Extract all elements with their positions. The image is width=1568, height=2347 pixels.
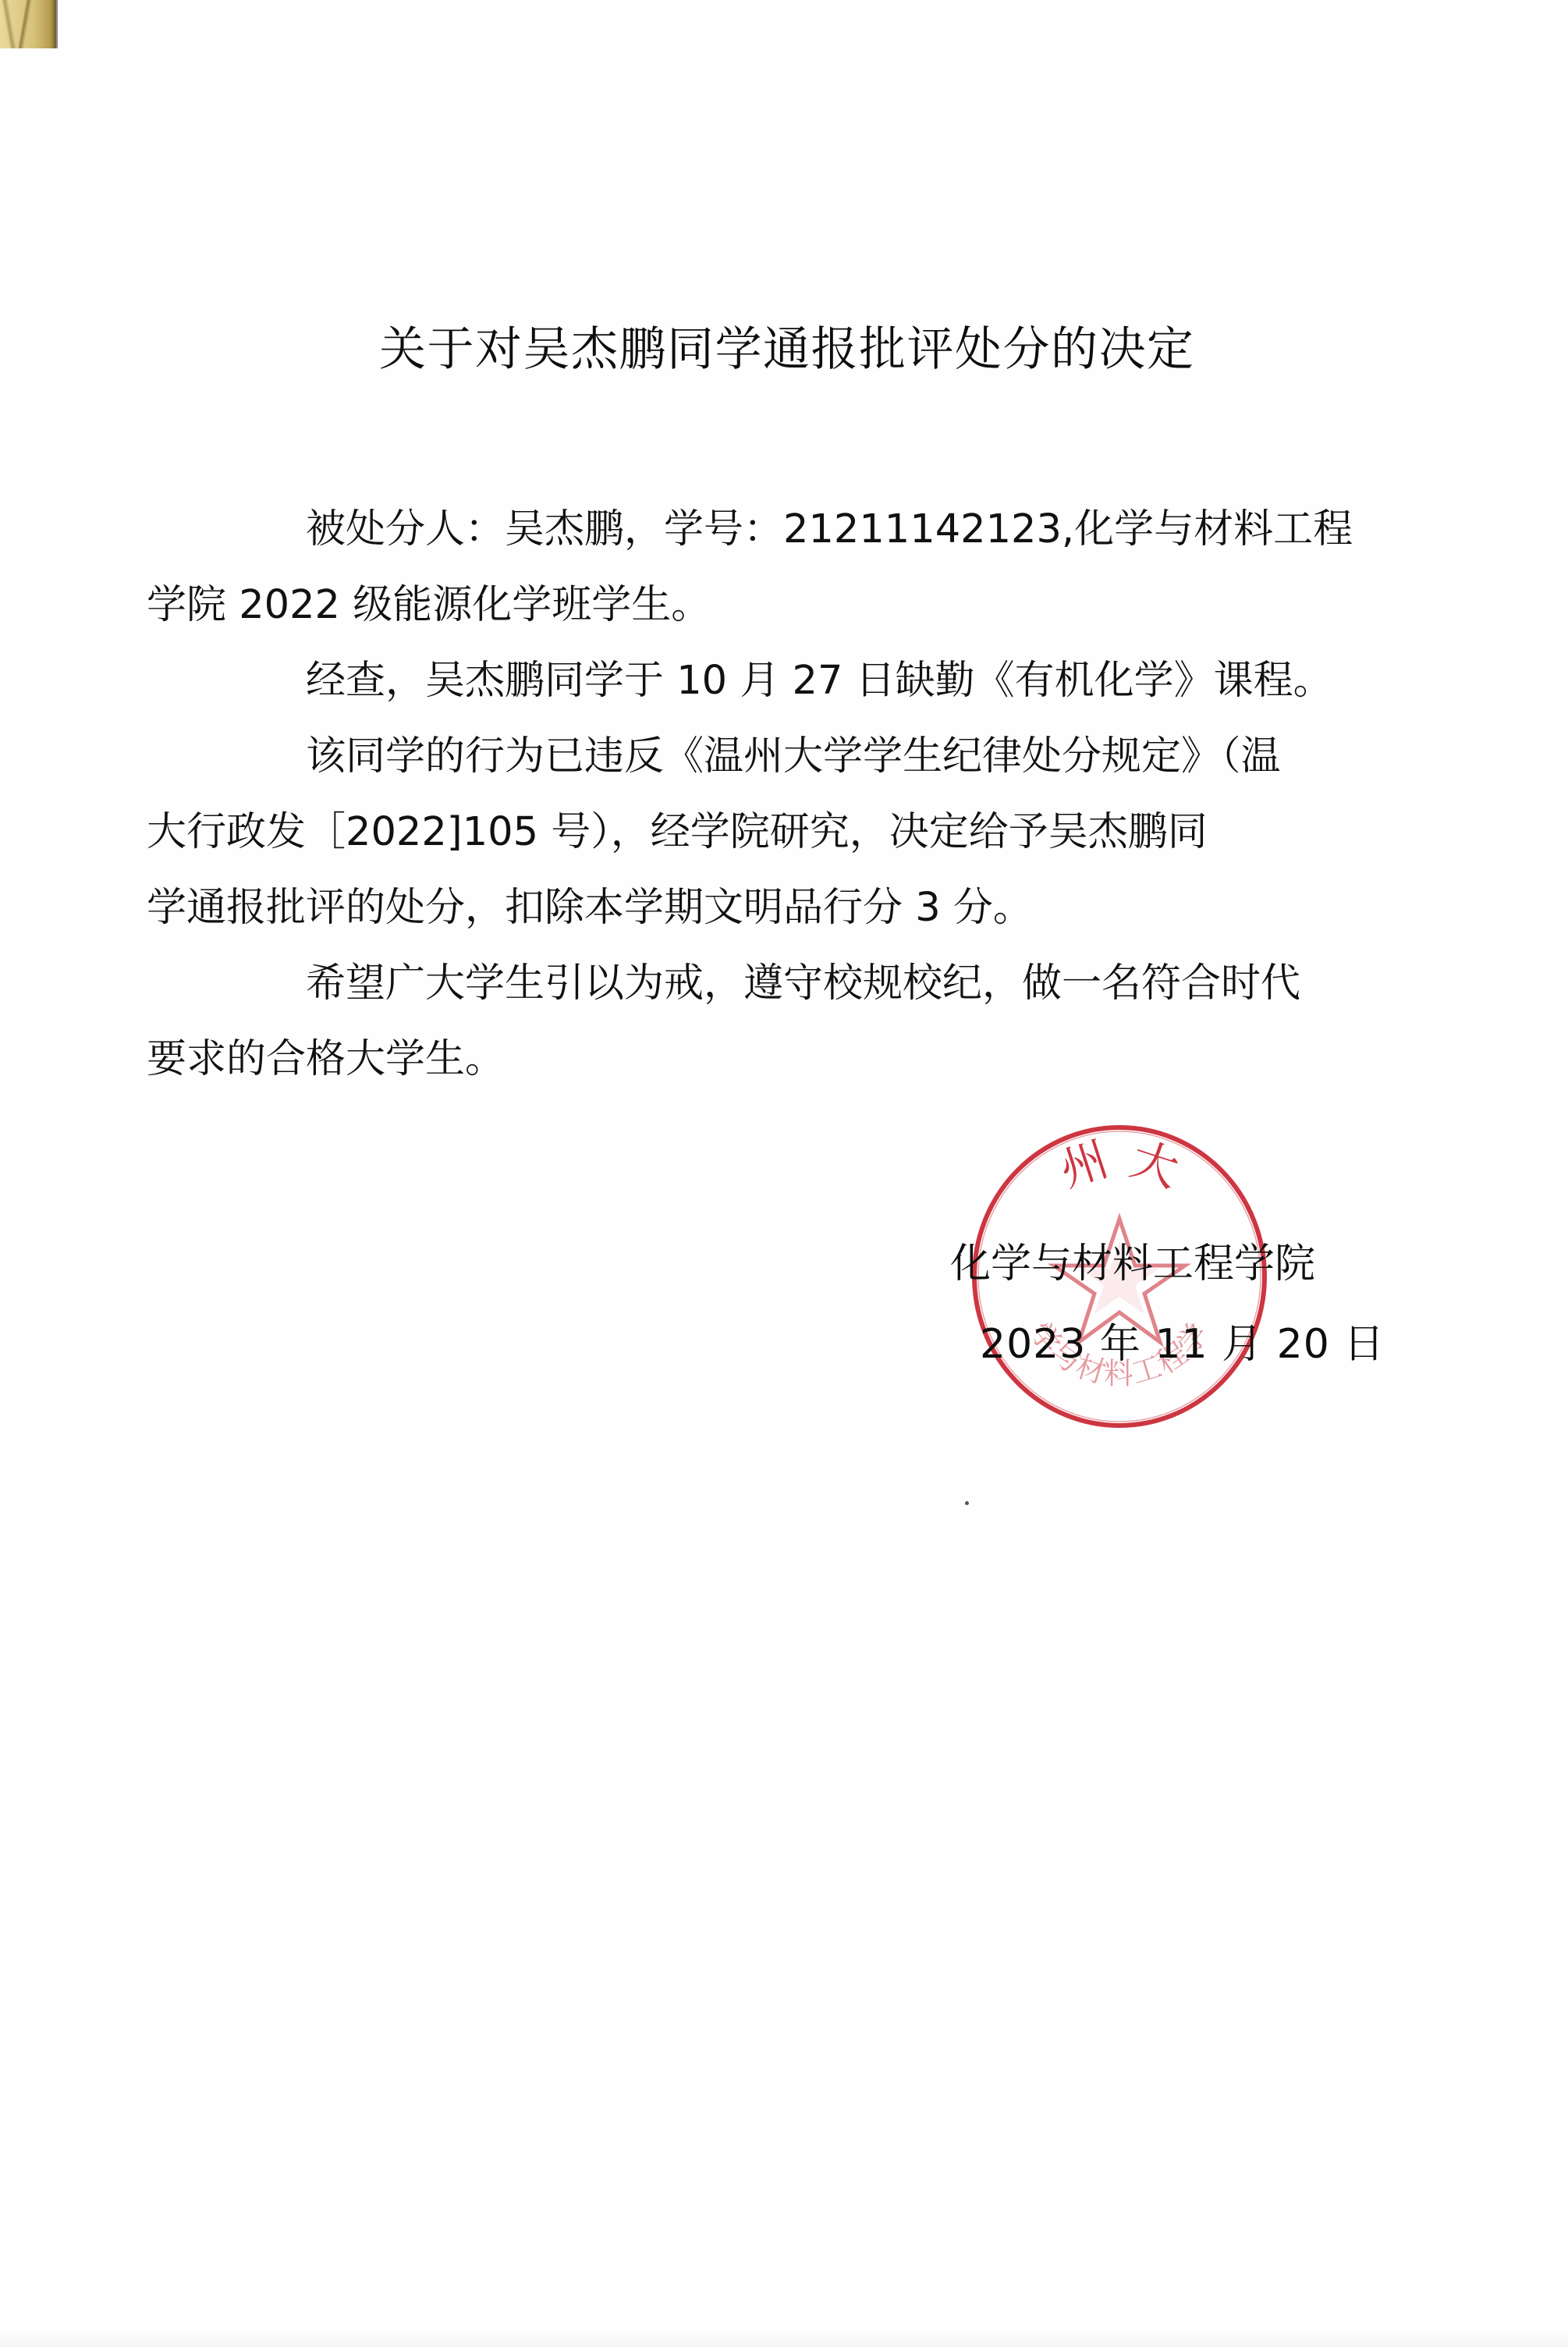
issue-date: 2023 年 11 月 20 日 [980, 1317, 1385, 1372]
seal-top-text: 州 大 [1054, 1132, 1186, 1198]
document-body: 被处分人：吴杰鹏，学号：21211142123,化学与材料工程 学院 2022 … [226, 492, 1318, 1097]
paragraph-decision: 该同学的行为已违反《温州大学学生纪律处分规定》（温 大行政发［2022]105 … [226, 719, 1318, 946]
photo-fragment-corner [0, 0, 58, 48]
paragraph-line: 希望广大学生引以为戒，遵守校规校纪，做一名符合时代 [226, 946, 1318, 1021]
document-page: 关于对吴杰鹏同学通报批评处分的决定 被处分人：吴杰鹏，学号：2121114212… [0, 0, 1568, 2347]
paragraph-line: 大行政发［2022]105 号），经学院研究，决定给予吴杰鹏同 [147, 794, 1318, 870]
paragraph-subject: 被处分人：吴杰鹏，学号：21211142123,化学与材料工程 学院 2022 … [226, 492, 1318, 643]
paragraph-finding: 经查，吴杰鹏同学于 10 月 27 日缺勤《有机化学》课程。 [226, 643, 1318, 719]
paragraph-line: 被处分人：吴杰鹏，学号：21211142123,化学与材料工程 [226, 492, 1318, 567]
paragraph-line: 经查，吴杰鹏同学于 10 月 27 日缺勤《有机化学》课程。 [226, 643, 1318, 719]
paragraph-exhortation: 希望广大学生引以为戒，遵守校规校纪，做一名符合时代 要求的合格大学生。 [226, 946, 1318, 1097]
paragraph-line: 学通报批评的处分，扣除本学期文明品行分 3 分。 [147, 870, 1318, 946]
paragraph-line: 该同学的行为已违反《温州大学学生纪律处分规定》（温 [226, 719, 1318, 794]
paragraph-line: 学院 2022 级能源化学班学生。 [147, 567, 1318, 643]
scan-speck [965, 1501, 969, 1505]
document-title: 关于对吴杰鹏同学通报批评处分的决定 [379, 318, 1159, 381]
scan-bottom-edge [0, 2328, 1568, 2347]
paragraph-line: 要求的合格大学生。 [147, 1021, 1318, 1097]
issuer-signature: 化学与材料工程学院 [950, 1237, 1325, 1291]
